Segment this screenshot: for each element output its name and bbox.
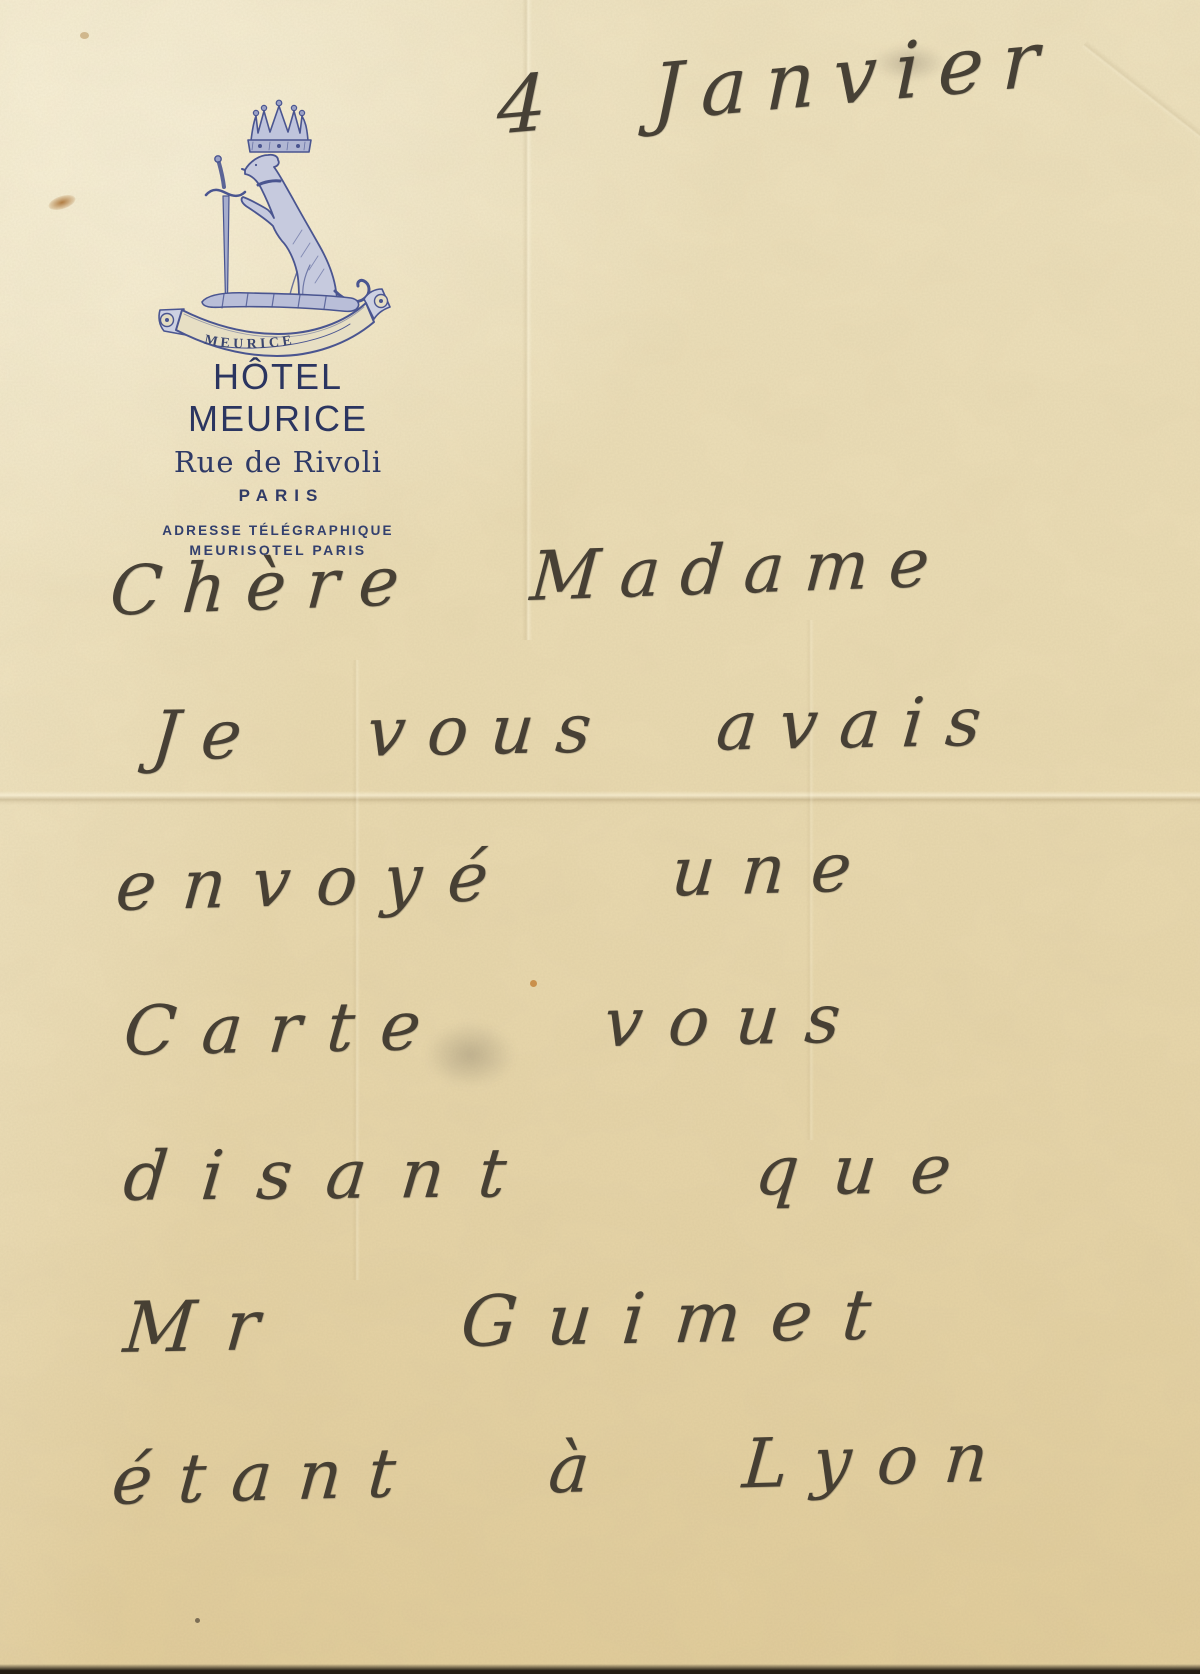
body-line-4: disant que	[120, 1130, 989, 1217]
city-name: PARIS	[128, 486, 428, 506]
crest-crown-icon	[248, 100, 311, 152]
body-line-3: Carte vous	[121, 979, 870, 1071]
horizontal-fold-crease	[0, 791, 1200, 805]
letter-page: MEURICE HÔTEL MEURICE Rue de Rivoli PARI…	[0, 0, 1200, 1674]
body-line-5: Mr Guimet	[120, 1273, 904, 1369]
body-line-1: Je vous avais	[149, 683, 1007, 777]
small-fleck	[80, 32, 89, 39]
body-line-2: envoyé une	[113, 828, 880, 927]
crest-sword-icon	[206, 156, 245, 300]
handwritten-date: 4 Janvier	[496, 13, 1057, 152]
hotel-name: HÔTEL MEURICE	[128, 356, 428, 440]
rust-stain	[62, 204, 96, 223]
crest-greyhound-icon	[242, 155, 369, 309]
meurice-greyhound-crest-icon: MEURICE	[152, 95, 397, 360]
street-address: Rue de Rivoli	[128, 445, 428, 479]
letterhead-text-block: HÔTEL MEURICE Rue de Rivoli PARIS ADRESS…	[128, 356, 428, 558]
telegraph-label: ADRESSE TÉLÉGRAPHIQUE	[128, 523, 428, 538]
body-line-6: étant à Lyon	[109, 1418, 1017, 1521]
scan-edge	[0, 1664, 1200, 1674]
corner-crease	[1081, 40, 1200, 189]
ink-dot	[195, 1618, 200, 1623]
